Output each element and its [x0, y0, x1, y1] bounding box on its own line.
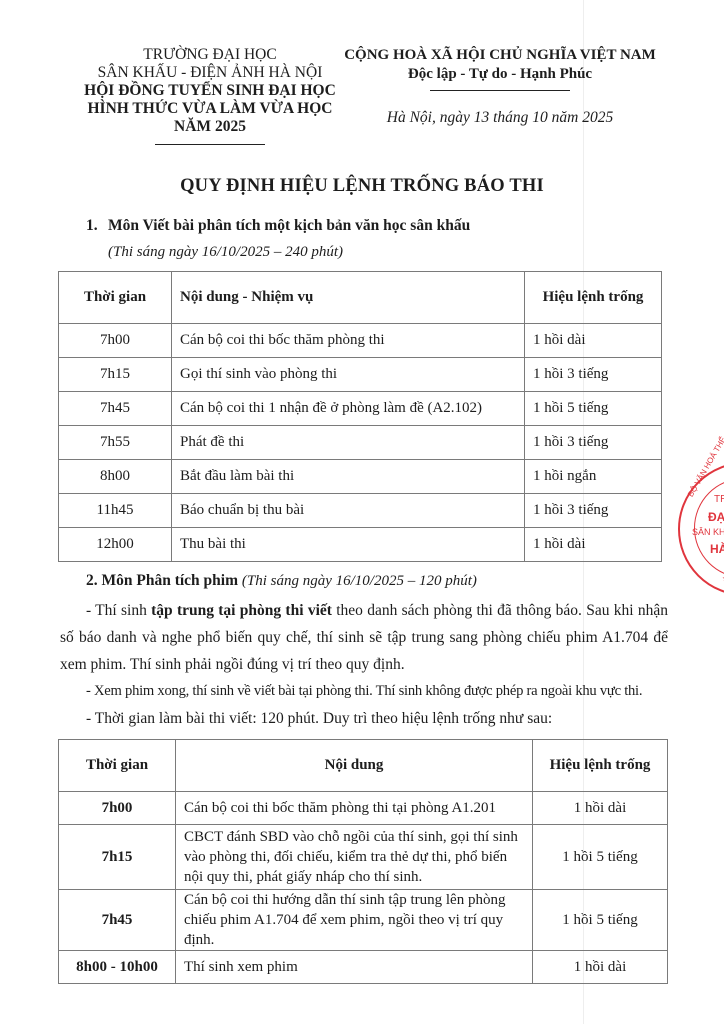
issuer-header: TRƯỜNG ĐẠI HỌC SÂN KHẤU - ĐIỆN ẢNH HÀ NỘ…	[60, 46, 360, 145]
cell-time: 12h00	[59, 528, 172, 562]
section2-heading: 2. Môn Phân tích phim (Thi sáng ngày 16/…	[86, 572, 477, 590]
cell-time: 7h45	[59, 890, 176, 951]
table-row: 12h00Thu bài thi1 hồi dài	[59, 528, 662, 562]
table-row: 7h15CBCT đánh SBD vào chỗ ngồi của thí s…	[59, 825, 668, 890]
table-header-row: Thời gian Nội dung Hiệu lệnh trống	[59, 740, 668, 792]
section2-heading-text: 2. Môn Phân tích phim	[86, 572, 238, 589]
cell-drum-signal: 1 hồi dài	[533, 951, 668, 984]
document-title: QUY ĐỊNH HIỆU LỆNH TRỐNG BÁO THI	[0, 176, 724, 197]
cell-task: Cán bộ coi thi bốc thăm phòng thi	[172, 324, 525, 358]
cell-time: 7h00	[59, 792, 176, 825]
table-row: 7h00Cán bộ coi thi bốc thăm phòng thi tạ…	[59, 792, 668, 825]
cell-drum-signal: 1 hồi dài	[533, 792, 668, 825]
table-row: 7h45Cán bộ coi thi hướng dẫn thí sinh tậ…	[59, 890, 668, 951]
university-name-line1: TRƯỜNG ĐẠI HỌC	[60, 46, 360, 64]
cell-task: Cán bộ coi thi 1 nhận đề ở phòng làm đề …	[172, 392, 525, 426]
cell-task: Bắt đầu làm bài thi	[172, 460, 525, 494]
table-row: 7h45Cán bộ coi thi 1 nhận đề ở phòng làm…	[59, 392, 662, 426]
header-content: Nội dung	[176, 740, 533, 792]
seal-text-line4: HÀ N	[710, 542, 724, 556]
table-row: 8h00 - 10h00Thí sinh xem phim1 hồi dài	[59, 951, 668, 984]
cell-time: 8h00 - 10h00	[59, 951, 176, 984]
cell-task: Thí sinh xem phim	[176, 951, 533, 984]
cell-drum-signal: 1 hồi 5 tiếng	[533, 890, 668, 951]
national-motto: Độc lập - Tự do - Hạnh Phúc	[340, 65, 660, 84]
council-name-line2: HÌNH THỨC VỪA LÀM VỪA HỌC	[60, 100, 360, 118]
council-name-line1: HỘI ĐỒNG TUYỂN SINH ĐẠI HỌC	[60, 82, 360, 100]
header-right-divider	[430, 90, 570, 91]
cell-drum-signal: 1 hồi dài	[525, 324, 662, 358]
cell-drum-signal: 1 hồi 3 tiếng	[525, 358, 662, 392]
seal-text-line3: SÂN KHẤU-Đ	[692, 527, 724, 537]
section1-heading: 1.Môn Viết bài phân tích một kịch bản vă…	[86, 217, 470, 235]
cell-time: 7h15	[59, 358, 172, 392]
header-time: Thời gian	[59, 740, 176, 792]
cell-drum-signal: 1 hồi 3 tiếng	[525, 426, 662, 460]
para1-text-a: - Thí sinh	[86, 602, 151, 619]
council-year: NĂM 2025	[60, 118, 360, 136]
cell-task: Phát đề thi	[172, 426, 525, 460]
cell-task: Gọi thí sinh vào phòng thi	[172, 358, 525, 392]
cell-drum-signal: 1 hồi dài	[525, 528, 662, 562]
cell-task: Cán bộ coi thi bốc thăm phòng thi tại ph…	[176, 792, 533, 825]
table-row: 8h00Bắt đầu làm bài thi1 hồi ngắn	[59, 460, 662, 494]
header-drum-signal: Hiệu lệnh trống	[525, 272, 662, 324]
cell-task: Báo chuẩn bị thu bài	[172, 494, 525, 528]
header-left-divider	[155, 144, 265, 145]
document-date: Hà Nội, ngày 13 tháng 10 năm 2025	[340, 108, 660, 127]
section1-schedule-table: Thời gian Nội dung - Nhiệm vụ Hiệu lệnh …	[58, 271, 662, 562]
cell-drum-signal: 1 hồi 5 tiếng	[525, 392, 662, 426]
seal-text-line1: TRƯỜNG	[714, 494, 724, 505]
section1-number: 1.	[86, 217, 108, 235]
table-row: 7h15Gọi thí sinh vào phòng thi1 hồi 3 ti…	[59, 358, 662, 392]
section2-paragraph-1: - Thí sinh tập trung tại phòng thi viết …	[60, 597, 668, 678]
table-header-row: Thời gian Nội dung - Nhiệm vụ Hiệu lệnh …	[59, 272, 662, 324]
cell-drum-signal: 1 hồi 5 tiếng	[533, 825, 668, 890]
cell-time: 7h00	[59, 324, 172, 358]
cell-time: 11h45	[59, 494, 172, 528]
nation-name: CỘNG HOÀ XÃ HỘI CHỦ NGHĨA VIỆT NAM	[340, 46, 660, 65]
table-row: 7h55Phát đề thi1 hồi 3 tiếng	[59, 426, 662, 460]
official-seal-stamp: BỘ VĂN HOÁ THỂ TRƯỜNG ĐẠI H SÂN KHẤU-Đ H…	[678, 462, 724, 596]
header-time: Thời gian	[59, 272, 172, 324]
cell-time: 7h15	[59, 825, 176, 890]
cell-drum-signal: 1 hồi 3 tiếng	[525, 494, 662, 528]
cell-drum-signal: 1 hồi ngắn	[525, 460, 662, 494]
cell-time: 7h45	[59, 392, 172, 426]
cell-time: 7h55	[59, 426, 172, 460]
cell-task: Cán bộ coi thi hướng dẫn thí sinh tập tr…	[176, 890, 533, 951]
para1-bold-text: tập trung tại phòng thi viết	[151, 602, 332, 619]
header-drum-signal: Hiệu lệnh trống	[533, 740, 668, 792]
section1-subtitle: (Thi sáng ngày 16/10/2025 – 240 phút)	[108, 244, 343, 261]
section1-heading-text: Môn Viết bài phân tích một kịch bản văn …	[108, 217, 470, 234]
national-header: CỘNG HOÀ XÃ HỘI CHỦ NGHĨA VIỆT NAM Độc l…	[340, 46, 660, 127]
section2-paragraph-2: - Xem phim xong, thí sinh về viết bài tạ…	[86, 678, 686, 705]
table-row: 11h45Báo chuẩn bị thu bài1 hồi 3 tiếng	[59, 494, 662, 528]
header-task: Nội dung - Nhiệm vụ	[172, 272, 525, 324]
cell-time: 8h00	[59, 460, 172, 494]
table-row: 7h00Cán bộ coi thi bốc thăm phòng thi1 h…	[59, 324, 662, 358]
section2-subtitle: (Thi sáng ngày 16/10/2025 – 120 phút)	[242, 573, 477, 589]
cell-task: Thu bài thi	[172, 528, 525, 562]
section2-paragraph-3: - Thời gian làm bài thi viết: 120 phút. …	[86, 705, 694, 732]
section2-schedule-table: Thời gian Nội dung Hiệu lệnh trống 7h00C…	[58, 739, 668, 984]
university-name-line2: SÂN KHẤU - ĐIỆN ẢNH HÀ NỘI	[60, 64, 360, 82]
seal-text-line2: ĐẠI H	[708, 510, 724, 524]
cell-task: CBCT đánh SBD vào chỗ ngồi của thí sinh,…	[176, 825, 533, 890]
